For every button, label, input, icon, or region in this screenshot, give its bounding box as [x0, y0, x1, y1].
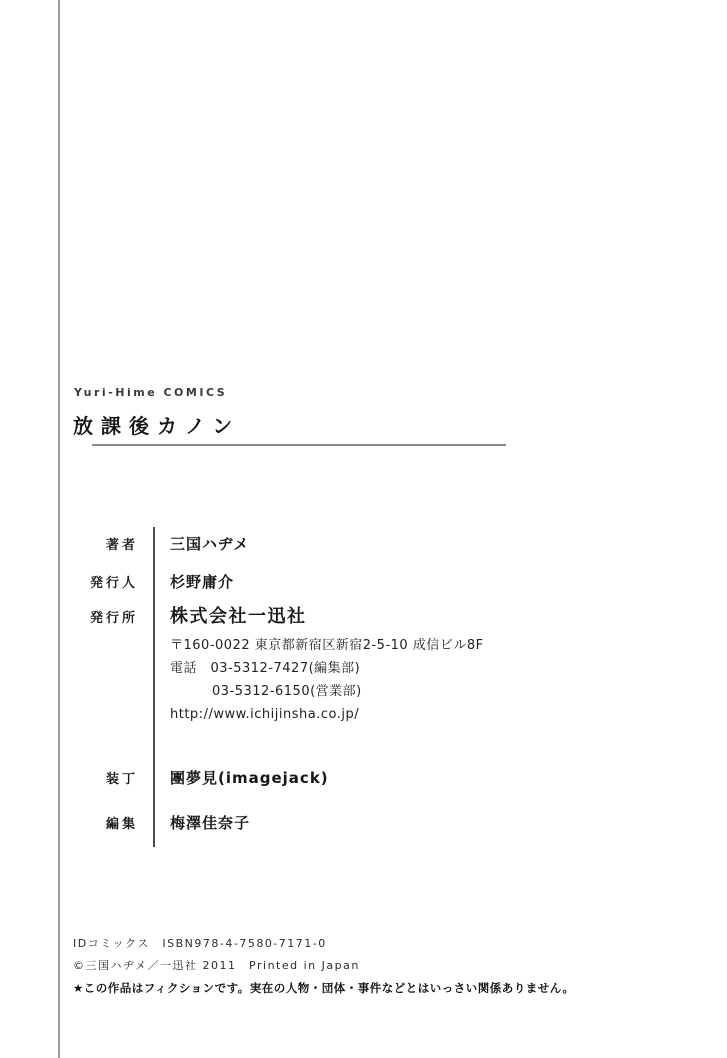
credit-value: 杉野庸介	[170, 571, 234, 592]
credit-value: 梅澤佳奈子	[170, 812, 250, 833]
colophon-page: Yuri-Hime COMICS 放課後カノン 著者 三国ハヂメ 発行人 杉野庸…	[0, 0, 727, 1058]
credit-label: 発行人	[0, 572, 138, 591]
publisher-phone-editorial: 電話 03-5312-7427(編集部)	[170, 657, 484, 680]
publisher-phone-sales: 03-5312-6150(営業部)	[170, 680, 484, 703]
credit-row-publisher-company: 発行所 株式会社一迅社 〒160-0022 東京都新宿区新宿2-5-10 成信ビ…	[0, 605, 484, 726]
copyright-line: ©三国ハヂメ／一迅社 2011 Printed in Japan	[73, 957, 360, 973]
publisher-details: 〒160-0022 東京都新宿区新宿2-5-10 成信ビル8F 電話 03-53…	[170, 634, 484, 726]
publisher-name: 株式会社一迅社	[170, 605, 484, 629]
credit-label: 発行所	[0, 607, 138, 626]
credit-row-author: 著者 三国ハヂメ	[0, 533, 249, 554]
publisher-block: 株式会社一迅社 〒160-0022 東京都新宿区新宿2-5-10 成信ビル8F …	[170, 605, 484, 726]
credit-label: 編集	[0, 813, 138, 832]
credit-row-design: 装丁 團夢見(imagejack)	[0, 767, 329, 788]
credit-row-publisher-person: 発行人 杉野庸介	[0, 571, 234, 592]
scan-page-edge-line	[58, 0, 60, 1058]
series-label: Yuri-Hime COMICS	[74, 386, 227, 399]
book-title: 放課後カノン	[73, 410, 240, 439]
credit-label: 著者	[0, 534, 138, 553]
imprint-isbn-line: IDコミックス ISBN978-4-7580-7171-0	[73, 935, 327, 951]
title-underline	[92, 444, 506, 446]
publisher-url: http://www.ichijinsha.co.jp/	[170, 703, 484, 726]
credit-label: 装丁	[0, 768, 138, 787]
credit-value: 三国ハヂメ	[170, 533, 249, 554]
credit-row-editor: 編集 梅澤佳奈子	[0, 812, 250, 833]
publisher-address: 〒160-0022 東京都新宿区新宿2-5-10 成信ビル8F	[170, 634, 484, 657]
credit-value: 團夢見(imagejack)	[170, 767, 329, 788]
fiction-disclaimer-line: ★この作品はフィクションです。実在の人物・団体・事件などとはいっさい関係ありませ…	[73, 980, 574, 996]
